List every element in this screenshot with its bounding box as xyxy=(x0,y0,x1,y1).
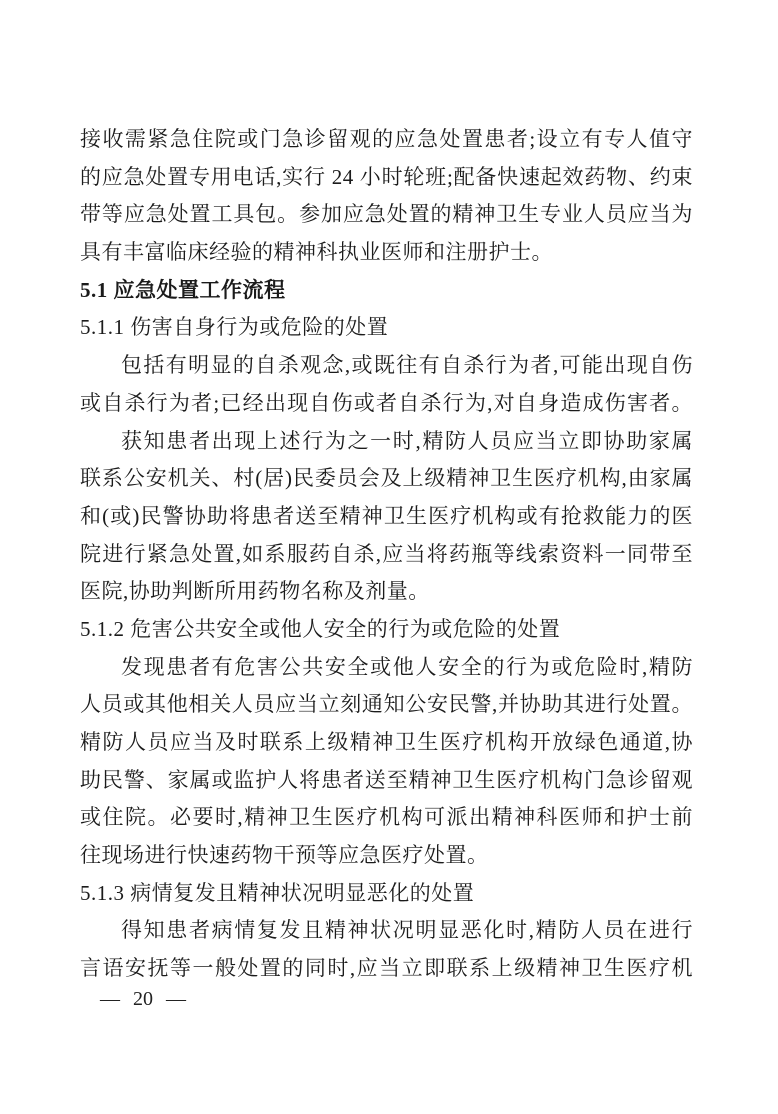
subsection-heading-5-1-2: 5.1.2 危害公共安全或他人安全的行为或危险的处置 xyxy=(80,611,693,649)
page-number: 20 xyxy=(133,984,153,1014)
subsection-heading-5-1-1: 5.1.1 伤害自身行为或危险的处置 xyxy=(80,309,693,347)
text-line: 精防人员应当及时联系上级精神卫生医疗机构开放绿色通道,协 xyxy=(80,724,693,762)
text-line: 包括有明显的自杀观念,或既往有自杀行为者,可能出现自伤 xyxy=(80,347,693,385)
text-line: 或住院。必要时,精神卫生医疗机构可派出精神科医师和护士前 xyxy=(80,799,693,837)
text-line: 联系公安机关、村(居)民委员会及上级精神卫生医疗机构,由家属 xyxy=(80,460,693,498)
text-line: 医院,协助判断所用药物名称及剂量。 xyxy=(80,573,693,611)
footer-right-dash: — xyxy=(166,984,186,1014)
document-page: 接收需紧急住院或门急诊留观的应急处置患者;设立有专人值守 的应急处置专用电话,实… xyxy=(0,0,778,1114)
text-line: 和(或)民警协助将患者送至精神卫生医疗机构或有抢救能力的医 xyxy=(80,498,693,536)
page-footer: — 20 — xyxy=(100,984,186,1014)
section-heading-5-1: 5.1 应急处置工作流程 xyxy=(80,272,693,310)
document-body: 接收需紧急住院或门急诊留观的应急处置患者;设立有专人值守 的应急处置专用电话,实… xyxy=(80,121,693,988)
text-line: 言语安抚等一般处置的同时,应当立即联系上级精神卫生医疗机 xyxy=(80,950,693,988)
text-line: 往现场进行快速药物干预等应急医疗处置。 xyxy=(80,837,693,875)
subsection-heading-5-1-3: 5.1.3 病情复发且精神状况明显恶化的处置 xyxy=(80,875,693,913)
text-line: 人员或其他相关人员应当立刻通知公安民警,并协助其进行处置。 xyxy=(80,686,693,724)
text-line: 带等应急处置工具包。参加应急处置的精神卫生专业人员应当为 xyxy=(80,196,693,234)
text-line: 助民警、家属或监护人将患者送至精神卫生医疗机构门急诊留观 xyxy=(80,762,693,800)
text-line: 或自杀行为者;已经出现自伤或者自杀行为,对自身造成伤害者。 xyxy=(80,385,693,423)
text-line: 院进行紧急处置,如系服药自杀,应当将药瓶等线索资料一同带至 xyxy=(80,536,693,574)
text-line: 得知患者病情复发且精神状况明显恶化时,精防人员在进行 xyxy=(80,912,693,950)
text-line: 接收需紧急住院或门急诊留观的应急处置患者;设立有专人值守 xyxy=(80,121,693,159)
text-line: 的应急处置专用电话,实行 24 小时轮班;配备快速起效药物、约束 xyxy=(80,159,693,197)
text-line: 发现患者有危害公共安全或他人安全的行为或危险时,精防 xyxy=(80,649,693,687)
footer-left-dash: — xyxy=(100,984,120,1014)
text-line: 具有丰富临床经验的精神科执业医师和注册护士。 xyxy=(80,234,693,272)
text-line: 获知患者出现上述行为之一时,精防人员应当立即协助家属 xyxy=(80,423,693,461)
